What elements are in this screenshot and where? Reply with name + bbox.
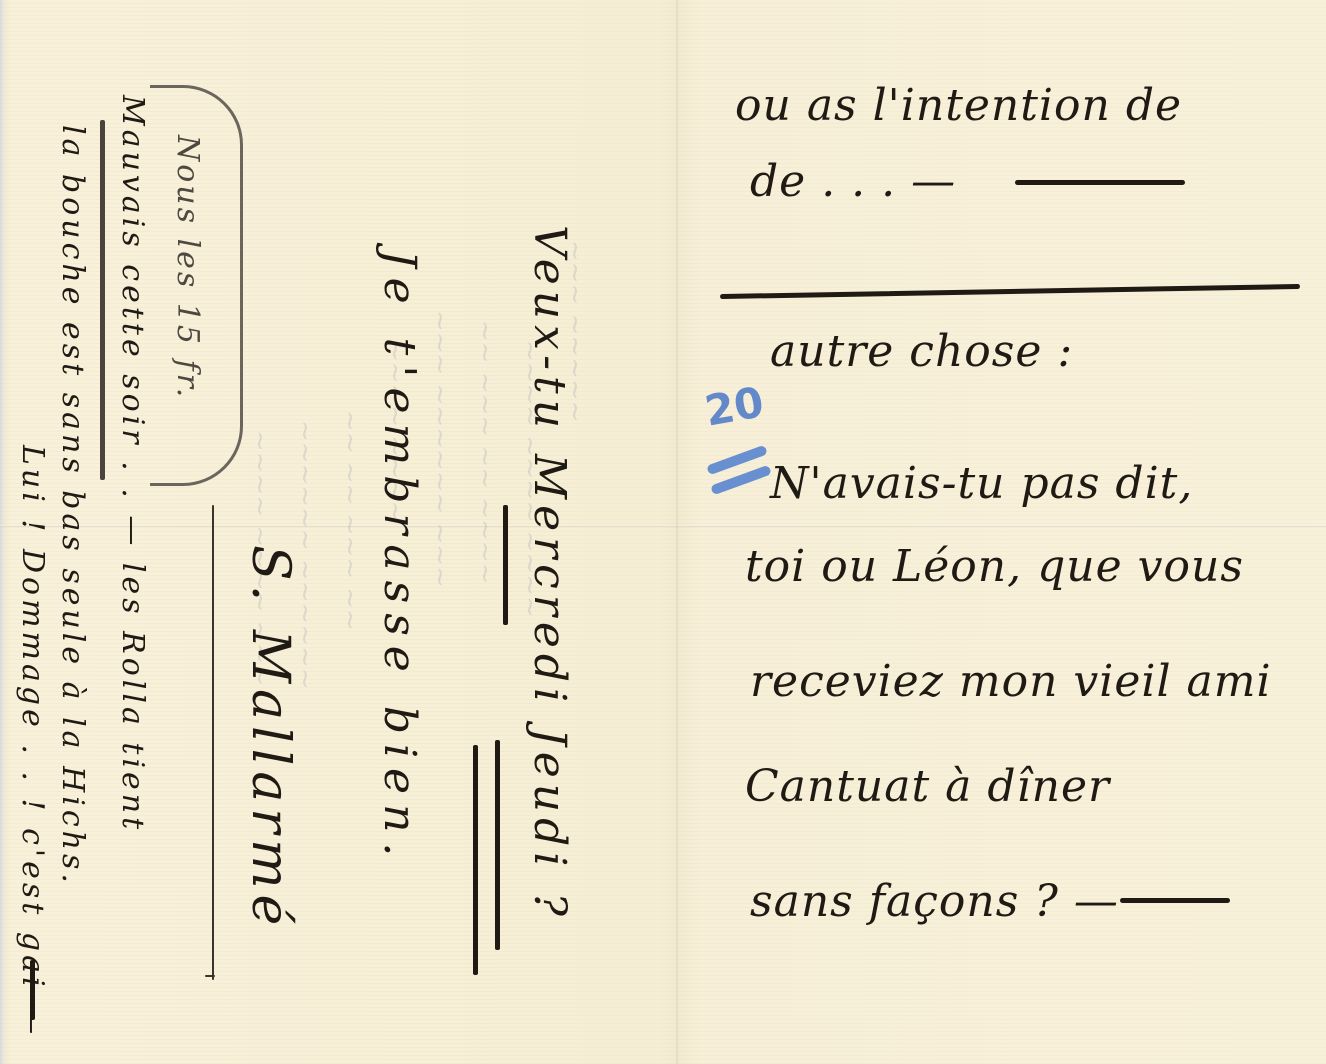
signature: S. Mallarmé	[240, 545, 300, 931]
letter-line-2: de . . . —	[750, 160, 956, 204]
double-underline-jeudi	[495, 740, 500, 950]
margin-note-line-2: Mauvais cette soir . . — les Rolla tient	[115, 95, 150, 833]
sideways-line-2: Je t'embrasse bien.	[374, 250, 425, 866]
letter-line-3: autre chose :	[770, 330, 1073, 374]
double-underline-jeudi	[473, 745, 478, 975]
bleed-through-text: ~~ ~~ ~~~ ~~	[335, 410, 365, 631]
bleed-through-text: ~~~ ~~~~~~ ~~~	[425, 310, 455, 588]
margin-note-line-3: la bouche est sans bas seule à la Hichs.	[55, 125, 90, 887]
margin-note-dash	[30, 960, 35, 1020]
signature-rule	[212, 505, 214, 980]
letter-line-6: receviez mon vieil ami	[750, 660, 1272, 704]
margin-note-line-4: Lui ! Dommage . . ! c'est gai —	[15, 445, 50, 1038]
vertical-fold-crease	[676, 0, 678, 1064]
letter-line-1: ou as l'intention de	[735, 84, 1182, 128]
letter-line-8: sans façons ? —	[750, 880, 1119, 924]
sideways-line-1: Veux-tu Mercredi Jeudi ?	[524, 225, 575, 922]
margin-box-bottom	[205, 975, 215, 977]
margin-note-line-1: Nous les 15 fr.	[170, 135, 205, 400]
letter-line-5: toi ou Léon, que vous	[745, 545, 1244, 589]
bleed-through-text: ~~ ~~~ ~~ ~~~~	[470, 320, 500, 584]
letter-line-4: N'avais-tu pas dit,	[770, 462, 1193, 506]
rule-line-end	[1120, 898, 1230, 903]
blue-crayon-number: 20	[701, 377, 767, 435]
letter-line-7: Cantuat à dîner	[745, 765, 1110, 809]
rule-line-short	[1015, 180, 1185, 185]
underline-mercredi	[503, 505, 508, 625]
margin-note-underline	[100, 120, 105, 480]
